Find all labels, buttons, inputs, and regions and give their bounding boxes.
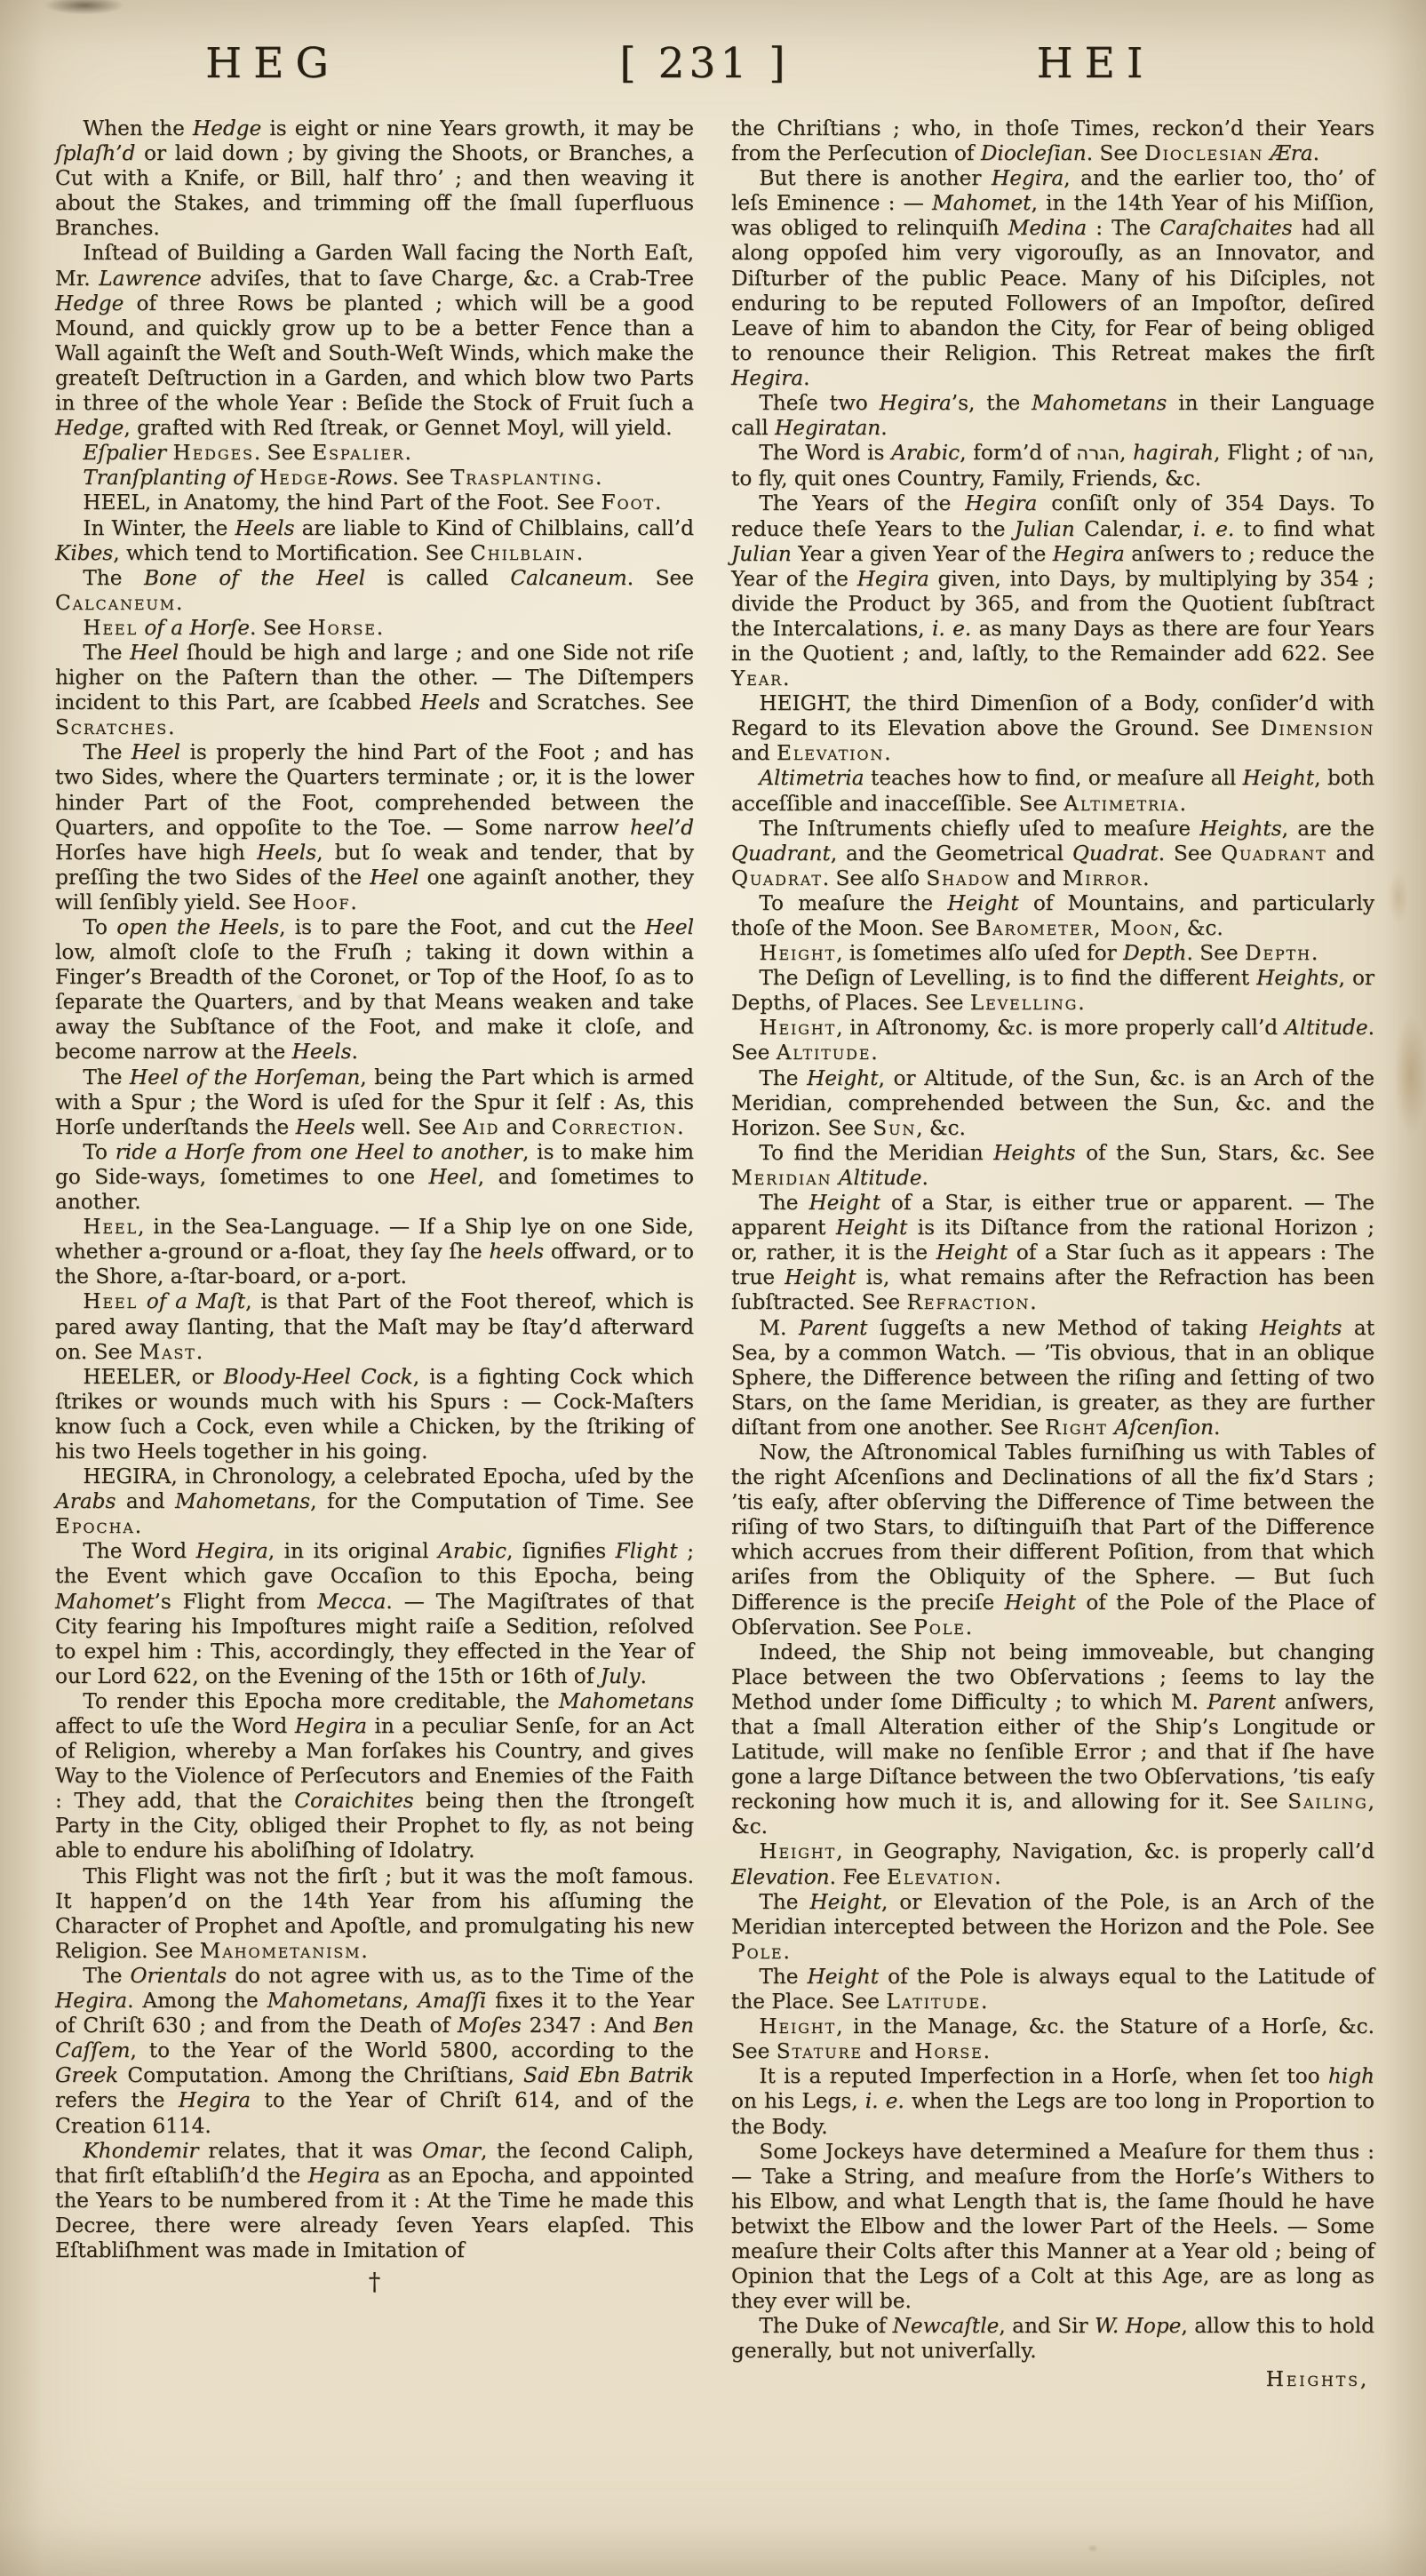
entry-paragraph: It is a reputed Imperfection in a Horſe,… — [731, 2064, 1374, 2139]
text-run: , and the Geometrical — [831, 841, 1072, 865]
text-run: , — [402, 1989, 418, 2013]
text-run: do not agree with us, as to the Time of … — [227, 1964, 694, 1988]
text-run: Heels — [257, 841, 316, 865]
text-run: Hegira — [295, 1714, 367, 1738]
text-run: . — [783, 666, 789, 690]
entry-paragraph: The Height, or Altitude, of the Sun, &c.… — [731, 1066, 1374, 1141]
text-run: Coraichites — [294, 1789, 413, 1813]
text-run: heel’d — [630, 816, 694, 840]
text-run: To — [83, 1140, 115, 1164]
text-run: . — [1214, 1416, 1220, 1440]
text-run: The — [759, 1965, 807, 1989]
text-run: Tranſplanting of — [83, 466, 252, 490]
text-run: , to the Year of the World 5800, accordi… — [130, 2038, 694, 2062]
running-head-left: HEG — [205, 39, 340, 88]
text-run: . — [783, 1940, 789, 1964]
column-right-paragraphs: the Chriſtians ; who, in thoſe Times, re… — [731, 116, 1374, 2364]
entry-paragraph: Height, in the Manage, &c. the Stature o… — [731, 2014, 1374, 2064]
text-run: Hedge — [193, 116, 261, 140]
text-run: Depth — [1245, 941, 1311, 965]
text-run: Scratches — [55, 715, 168, 739]
text-run: Altitude — [777, 1041, 872, 1065]
text-run — [166, 441, 172, 465]
text-run: Heel — [83, 1215, 138, 1239]
text-run: Latitude — [886, 1990, 981, 2014]
text-run: Heels — [235, 516, 294, 540]
text-run: Heels — [292, 1040, 352, 1064]
text-run: : The — [1087, 216, 1159, 240]
text-run: , &c. — [1174, 916, 1223, 940]
entry-paragraph: This Flight was not the firſt ; but it w… — [55, 1864, 694, 1964]
text-run: . Fee — [830, 1865, 887, 1889]
text-run: Dioclesian — [1144, 141, 1263, 165]
text-run: Heights — [1199, 817, 1281, 841]
entry-paragraph: The Height of the Pole is always equal t… — [731, 1965, 1374, 2014]
text-run: Hegira — [965, 491, 1037, 515]
text-run: , is to pare the Foot, and cut the — [279, 915, 645, 939]
entry-paragraph: Some Jockeys have determined a Meaſure f… — [731, 2140, 1374, 2315]
text-run: Omar — [422, 2139, 481, 2163]
text-run: M. — [759, 1316, 799, 1340]
text-run: HEELER, or — [83, 1365, 223, 1389]
text-run: Diocleſian — [981, 141, 1087, 165]
text-run: Mirror — [1063, 866, 1143, 890]
text-run: are liable to Kind of Chilblains, call’d — [294, 516, 694, 540]
text-run: , ſignifies — [506, 1539, 616, 1563]
text-run — [832, 1166, 838, 1190]
text-run: Espalier — [312, 441, 404, 465]
text-run: Mahometanism — [200, 1939, 362, 1963]
text-run: , form’d of — [960, 441, 1076, 465]
text-run: Height — [785, 1265, 856, 1289]
text-run: Mahomet — [932, 191, 1032, 215]
text-run: Medina — [1008, 216, 1087, 240]
text-run: Height — [759, 1016, 836, 1040]
text-run: Height — [936, 1240, 1008, 1264]
text-run: Bone of the Heel — [144, 566, 365, 590]
text-run: Computation. Among the Chriſtians, — [118, 2063, 523, 2087]
text-run — [138, 1289, 147, 1313]
text-run: . — [981, 1990, 987, 2014]
text-run: Heights — [993, 1141, 1075, 1165]
entry-paragraph: Tranſplanting of Hedge-Rows. See Traspla… — [55, 466, 694, 490]
text-run: Bloody-Heel Cock — [224, 1365, 413, 1389]
text-run: The — [83, 641, 130, 665]
entry-paragraph: The Inſtruments chiefly uſed to meaſure … — [731, 817, 1374, 891]
text-run: הגרה — [1076, 443, 1119, 465]
text-run: Quadrat — [1072, 841, 1159, 865]
text-run: . — [884, 741, 890, 765]
text-run: Foot — [601, 490, 655, 514]
text-run: Heights — [1256, 966, 1338, 990]
text-run: To find the Meridian — [759, 1141, 993, 1165]
text-run: Height — [807, 1066, 878, 1090]
text-run: , in Aſtronomy, &c. is more properly cal… — [836, 1016, 1285, 1040]
text-run: 2347 : And — [522, 2014, 654, 2038]
text-run: Arabs — [55, 1489, 116, 1513]
text-run: ride a Horſe from one Heel to another — [116, 1140, 522, 1164]
entry-paragraph: The Heel ſhould be high and large ; and … — [55, 641, 694, 740]
text-run: . — [803, 366, 809, 390]
text-run: Meridian — [731, 1166, 832, 1190]
text-run: Now, the Aſtronomical Tables furniſhing … — [731, 1440, 1374, 1615]
text-run: Hegira — [880, 391, 952, 415]
text-run: The — [83, 1065, 130, 1089]
entry-paragraph: The Word Hegira, in its original Arabic,… — [55, 1539, 694, 1689]
text-run: , are the — [1282, 817, 1374, 841]
text-run: Hegira — [179, 2088, 251, 2112]
text-run: Sailing — [1287, 1790, 1367, 1814]
text-run: Flight — [616, 1539, 678, 1563]
entry-paragraph: The Duke of Newcaſtle, and Sir W. Hope, … — [731, 2314, 1374, 2364]
text-run: . — [1313, 141, 1319, 165]
text-run: . — [921, 1166, 928, 1190]
text-run — [1108, 1416, 1114, 1440]
text-run: Dimension — [1261, 716, 1374, 740]
text-run: Chilblain — [470, 541, 577, 565]
entry-paragraph: In Winter, the Heels are liable to Kind … — [55, 516, 694, 566]
text-run: low, almoſt cloſe to the Fruſh ; taking … — [55, 940, 694, 1064]
text-run: hagirah — [1133, 441, 1214, 465]
text-run: Caraſchaites — [1159, 216, 1292, 240]
text-run: Quadrant — [1221, 841, 1327, 865]
entry-paragraph: To render this Epocha more creditable, t… — [55, 1689, 694, 1864]
entry-paragraph: Khondemir relates, that it was Omar, the… — [55, 2139, 694, 2263]
entry-paragraph: Eſpalier Hedges. See Espalier. — [55, 441, 694, 466]
text-run: and — [1327, 841, 1374, 865]
text-run: W. Hope — [1095, 2314, 1181, 2338]
text-run: Year a given Year of the — [792, 542, 1053, 566]
entry-paragraph: Theſe two Hegira’s, the Mahometans in th… — [731, 391, 1374, 441]
text-run: Correction — [552, 1115, 678, 1139]
text-run: ſuggeſts a new Method of taking — [867, 1316, 1259, 1340]
text-run: . — [352, 1040, 358, 1064]
text-run: Hedge — [55, 291, 123, 315]
entry-paragraph: Altimetria teaches how to find, or meaſu… — [731, 766, 1374, 816]
text-run: and — [499, 1115, 551, 1139]
column-right: the Chriſtians ; who, in thoſe Times, re… — [731, 116, 1374, 2393]
text-run: , in its original — [268, 1539, 438, 1563]
entry-paragraph: The Deſign of Levelling, is to find the … — [731, 966, 1374, 1016]
text-run: The Deſign of Levelling, is to find the … — [759, 966, 1256, 990]
entry-paragraph: HEEL, in Anatomy, the hind Part of the F… — [55, 490, 694, 515]
text-run: The Duke of — [759, 2314, 892, 2338]
text-run: Quadrant — [731, 841, 831, 865]
text-run: . See — [1187, 941, 1245, 965]
text-run: Heel — [429, 1165, 478, 1189]
text-run: is called — [365, 566, 510, 590]
text-run: Levelling — [970, 991, 1078, 1015]
text-run: Mahometans — [175, 1489, 310, 1513]
text-run: . Among the — [127, 1989, 267, 2013]
text-run: . — [1143, 866, 1149, 890]
entry-paragraph: The Orientals do not agree with us, as t… — [55, 1964, 694, 2139]
text-run: Hedge — [259, 466, 329, 490]
text-run: Orientals — [131, 1964, 227, 1988]
text-run: Height — [808, 1965, 879, 1989]
text-run: The — [759, 1066, 807, 1090]
text-run: When the — [83, 116, 193, 140]
text-run: Stature — [777, 2039, 863, 2063]
entry-paragraph: The Heel of the Horſeman, being the Part… — [55, 1065, 694, 1140]
text-run: Trasplanting — [450, 466, 595, 490]
entry-paragraph: The Word is Arabic, form’d of הגרה, hagi… — [731, 441, 1374, 491]
text-run: of the Sun, Stars, &c. See — [1076, 1141, 1374, 1165]
text-run: Hoof — [292, 890, 350, 914]
text-run: high — [1328, 2064, 1374, 2088]
text-run: . — [1180, 792, 1186, 816]
text-run: Mahomet — [55, 1590, 155, 1614]
text-run: The — [83, 1964, 130, 1988]
text-run: , in Geography, Navigation, &c. is prope… — [836, 1839, 1374, 1863]
text-run: Heel — [83, 616, 138, 640]
text-run: Eſpalier — [83, 441, 166, 465]
text-run: . — [176, 591, 182, 615]
text-run: Khondemir — [83, 2139, 198, 2163]
text-run: Julian — [1015, 517, 1075, 541]
text-run: . — [361, 1939, 367, 1963]
text-run: . See — [627, 566, 694, 590]
text-run: , &c. — [916, 1116, 966, 1140]
text-run: Shadow — [926, 866, 1010, 890]
text-run: Heel — [130, 641, 179, 665]
text-run: ’s Flight from — [155, 1590, 318, 1614]
text-run: To meaſure the — [759, 891, 947, 915]
text-run: Heel of the Horſeman — [130, 1065, 360, 1089]
text-run: Æra — [1271, 141, 1313, 165]
text-run: The — [759, 1191, 809, 1215]
text-run: Refraction — [906, 1290, 1030, 1314]
text-run: Heels — [420, 690, 480, 714]
text-run: HEGIRA, in Chronology, a celebrated Epoc… — [83, 1464, 694, 1488]
text-run: . — [135, 1514, 141, 1538]
text-run: . — [377, 616, 383, 640]
entry-paragraph: When the Hedge is eight or nine Years gr… — [55, 116, 694, 241]
text-run: . — [640, 1664, 646, 1688]
text-run: Kibes — [55, 541, 113, 565]
text-run: . See — [250, 616, 307, 640]
text-run: Right — [1045, 1416, 1107, 1440]
text-run: Hegira — [731, 366, 803, 390]
text-run: . — [655, 490, 661, 514]
text-run: , Flight ; of — [1214, 441, 1337, 465]
text-run: Parent — [799, 1316, 867, 1340]
text-run: Elevation — [777, 741, 884, 765]
text-run: . See — [254, 441, 312, 465]
text-run: But there is another — [759, 166, 992, 190]
text-run: and — [731, 741, 777, 765]
text-run: Height — [836, 1216, 907, 1240]
text-run: Rows — [336, 466, 392, 490]
text-run: . — [196, 1340, 203, 1364]
text-run: . — [966, 1615, 972, 1639]
text-run: refers the — [55, 2088, 179, 2112]
text-run: . See — [393, 466, 450, 490]
text-run: Mecca — [317, 1590, 386, 1614]
entry-paragraph: To ride a Horſe from one Heel to another… — [55, 1140, 694, 1215]
text-run: Arabic — [438, 1539, 506, 1563]
text-run: Pole — [731, 1940, 783, 1964]
entry-paragraph: Height, in Geography, Navigation, &c. is… — [731, 1839, 1374, 1889]
text-run: i. e. — [865, 2089, 904, 2113]
text-run: To — [83, 915, 116, 939]
entry-paragraph: Height, in Aſtronomy, &c. is more proper… — [731, 1016, 1374, 1065]
text-run: Mahometans — [1032, 391, 1167, 415]
text-run: on his Legs, — [731, 2089, 865, 2113]
text-run: Height — [1005, 1591, 1076, 1615]
text-run: . — [595, 466, 601, 490]
entry-paragraph: Heel, in the Sea-Language. — If a Ship l… — [55, 1215, 694, 1289]
column-left: When the Hedge is eight or nine Years gr… — [55, 116, 694, 2295]
text-run: , grafted with Red ſtreak, or Gennet Moy… — [123, 416, 672, 440]
text-run: Height — [759, 941, 836, 965]
text-run: i. e. — [932, 617, 971, 641]
text-run: Hegira — [196, 1539, 268, 1563]
text-run: Calcaneum — [55, 591, 176, 615]
text-run: Mast — [139, 1340, 195, 1364]
text-run: Heel — [645, 915, 694, 939]
text-run: Hegira — [55, 1989, 127, 2013]
text-run: and Scratches. See — [480, 690, 694, 714]
entry-paragraph: HEIGHT, the third Dimenſion of a Body, c… — [731, 691, 1374, 766]
text-run: Quadrat — [731, 866, 823, 890]
text-run: Altimetria — [1064, 792, 1179, 816]
text-run: of three Rows be planted ; which will be… — [55, 291, 694, 415]
text-run: of a Horſe — [144, 616, 250, 640]
page-number: [ 231 ] — [619, 39, 789, 88]
entry-paragraph: To meaſure the Height of Mountains, and … — [731, 891, 1374, 941]
text-run: relates, that it was — [199, 2139, 423, 2163]
text-run: . — [1311, 941, 1318, 965]
text-run: Greek — [55, 2063, 118, 2087]
text-run: Height — [759, 1839, 836, 1863]
text-run: Height — [1243, 766, 1314, 790]
text-run: Moſes — [458, 2014, 522, 2038]
text-run: . — [405, 441, 411, 465]
text-run: Year — [731, 666, 783, 690]
text-run: . See — [1087, 141, 1144, 165]
entry-paragraph: Height, is ſometimes alſo uſed for Depth… — [731, 941, 1374, 966]
text-run: , which tend to Mortification. See — [113, 541, 470, 565]
text-run: , is ſometimes alſo uſed for — [836, 941, 1123, 965]
text-run: and — [1010, 866, 1062, 890]
text-run: . — [577, 541, 583, 565]
text-run: It is a reputed Imperfection in a Horſe,… — [759, 2064, 1328, 2088]
text-run: or laid down ; by giving the Shoots, or … — [55, 141, 694, 240]
text-run: . — [677, 1115, 683, 1139]
text-run: teaches how to find, or meaſure all — [864, 766, 1243, 790]
text-run: Hegira — [857, 567, 929, 591]
text-run: . See — [1159, 841, 1221, 865]
text-run: Horſes have high — [55, 841, 257, 865]
text-run: . — [871, 1041, 877, 1065]
signature-mark: † — [55, 2270, 694, 2295]
text-run: Height — [759, 2014, 836, 2038]
text-run: July — [601, 1664, 641, 1688]
entry-paragraph: The Years of the Hegira conſiſt only of … — [731, 491, 1374, 691]
entry-paragraph: Indeed, the Ship not being immoveable, b… — [731, 1640, 1374, 1840]
entry-paragraph: Heel of a Horſe. See Horse. — [55, 616, 694, 641]
text-run: The — [83, 740, 131, 764]
text-run: Parent — [1207, 1690, 1276, 1714]
text-run: Altitude — [839, 1166, 922, 1190]
text-run: Elevation — [731, 1865, 830, 1889]
text-run: Heels — [296, 1115, 355, 1139]
text-run: Epocha — [55, 1514, 135, 1538]
text-run: הגר — [1337, 443, 1368, 465]
text-run: and — [863, 2039, 914, 2063]
text-run: , — [1119, 441, 1133, 465]
entry-paragraph: The Height, or Elevation of the Pole, is… — [731, 1890, 1374, 1965]
text-run: Hegira — [308, 2164, 380, 2188]
text-run: Heights — [1260, 1316, 1342, 1340]
entry-paragraph: Now, the Aſtronomical Tables furniſhing … — [731, 1440, 1374, 1640]
text-run: well. See — [355, 1115, 463, 1139]
text-run: Amaſſi — [418, 1989, 486, 2013]
text-run: Mahometans — [559, 1689, 694, 1713]
text-run: Mahometans — [267, 1989, 402, 2013]
text-run: Arabic — [891, 441, 960, 465]
text-run: Theſe two — [759, 391, 879, 415]
entry-paragraph: The Height of a Star, is either true or … — [731, 1191, 1374, 1315]
text-run: Said Ebn Batrik — [523, 2063, 694, 2087]
text-run: . — [994, 1865, 1000, 1889]
text-run: The Years of the — [759, 491, 965, 515]
entry-paragraph: M. Parent ſuggeſts a new Method of takin… — [731, 1316, 1374, 1440]
text-run: To render this Epocha more creditable, t… — [83, 1689, 559, 1713]
text-run: Calcaneum — [510, 566, 626, 590]
text-run: This Flight was not the firſt ; but it w… — [55, 1864, 694, 1963]
entry-paragraph: But there is another Hegira, and the ear… — [731, 166, 1374, 391]
text-run: The Word is — [759, 441, 891, 465]
text-run: The — [83, 566, 144, 590]
text-run: Height — [947, 891, 1018, 915]
text-run: ’s, the — [952, 391, 1032, 415]
text-run: Calendar, — [1075, 517, 1193, 541]
text-run: The Inſtruments chiefly uſed to meaſure — [759, 817, 1199, 841]
text-run: open the Heels — [116, 915, 279, 939]
text-run: . — [1078, 991, 1084, 1015]
text-run: Height — [809, 1191, 880, 1215]
text-run: heels — [489, 1240, 544, 1264]
text-run: Heel — [370, 865, 418, 889]
text-run: Julian — [731, 542, 792, 566]
entry-paragraph: To find the Meridian Heights of the Sun,… — [731, 1141, 1374, 1191]
text-run: Heel — [83, 1289, 138, 1313]
text-run: Horse — [914, 2039, 983, 2063]
text-run: . — [880, 416, 887, 440]
text-run: The — [759, 1890, 809, 1914]
entry-paragraph: The Bone of the Heel is called Calcaneum… — [55, 566, 694, 616]
text-run: of a Maſt — [147, 1289, 245, 1313]
catchword: Heights, — [731, 2367, 1374, 2392]
text-run: , and Sir — [999, 2314, 1095, 2338]
text-run: is eight or nine Years growth, it may be — [261, 116, 694, 140]
text-run: . — [350, 890, 356, 914]
text-run: . See alſo — [823, 866, 927, 890]
text-run: Aid — [463, 1115, 499, 1139]
text-run: Hegira — [992, 166, 1064, 190]
text-run: Pole — [913, 1615, 965, 1639]
column-left-paragraphs: When the Hedge is eight or nine Years gr… — [55, 116, 694, 2263]
running-head-right: HEI — [1037, 39, 1155, 88]
text-run: Altitude — [1285, 1016, 1368, 1040]
text-run: Hedges — [173, 441, 254, 465]
text-run: Hedge — [55, 416, 123, 440]
text-run: Altimetria — [759, 766, 864, 790]
text-run: Height — [809, 1890, 880, 1914]
text-run: Hegira — [1053, 542, 1125, 566]
